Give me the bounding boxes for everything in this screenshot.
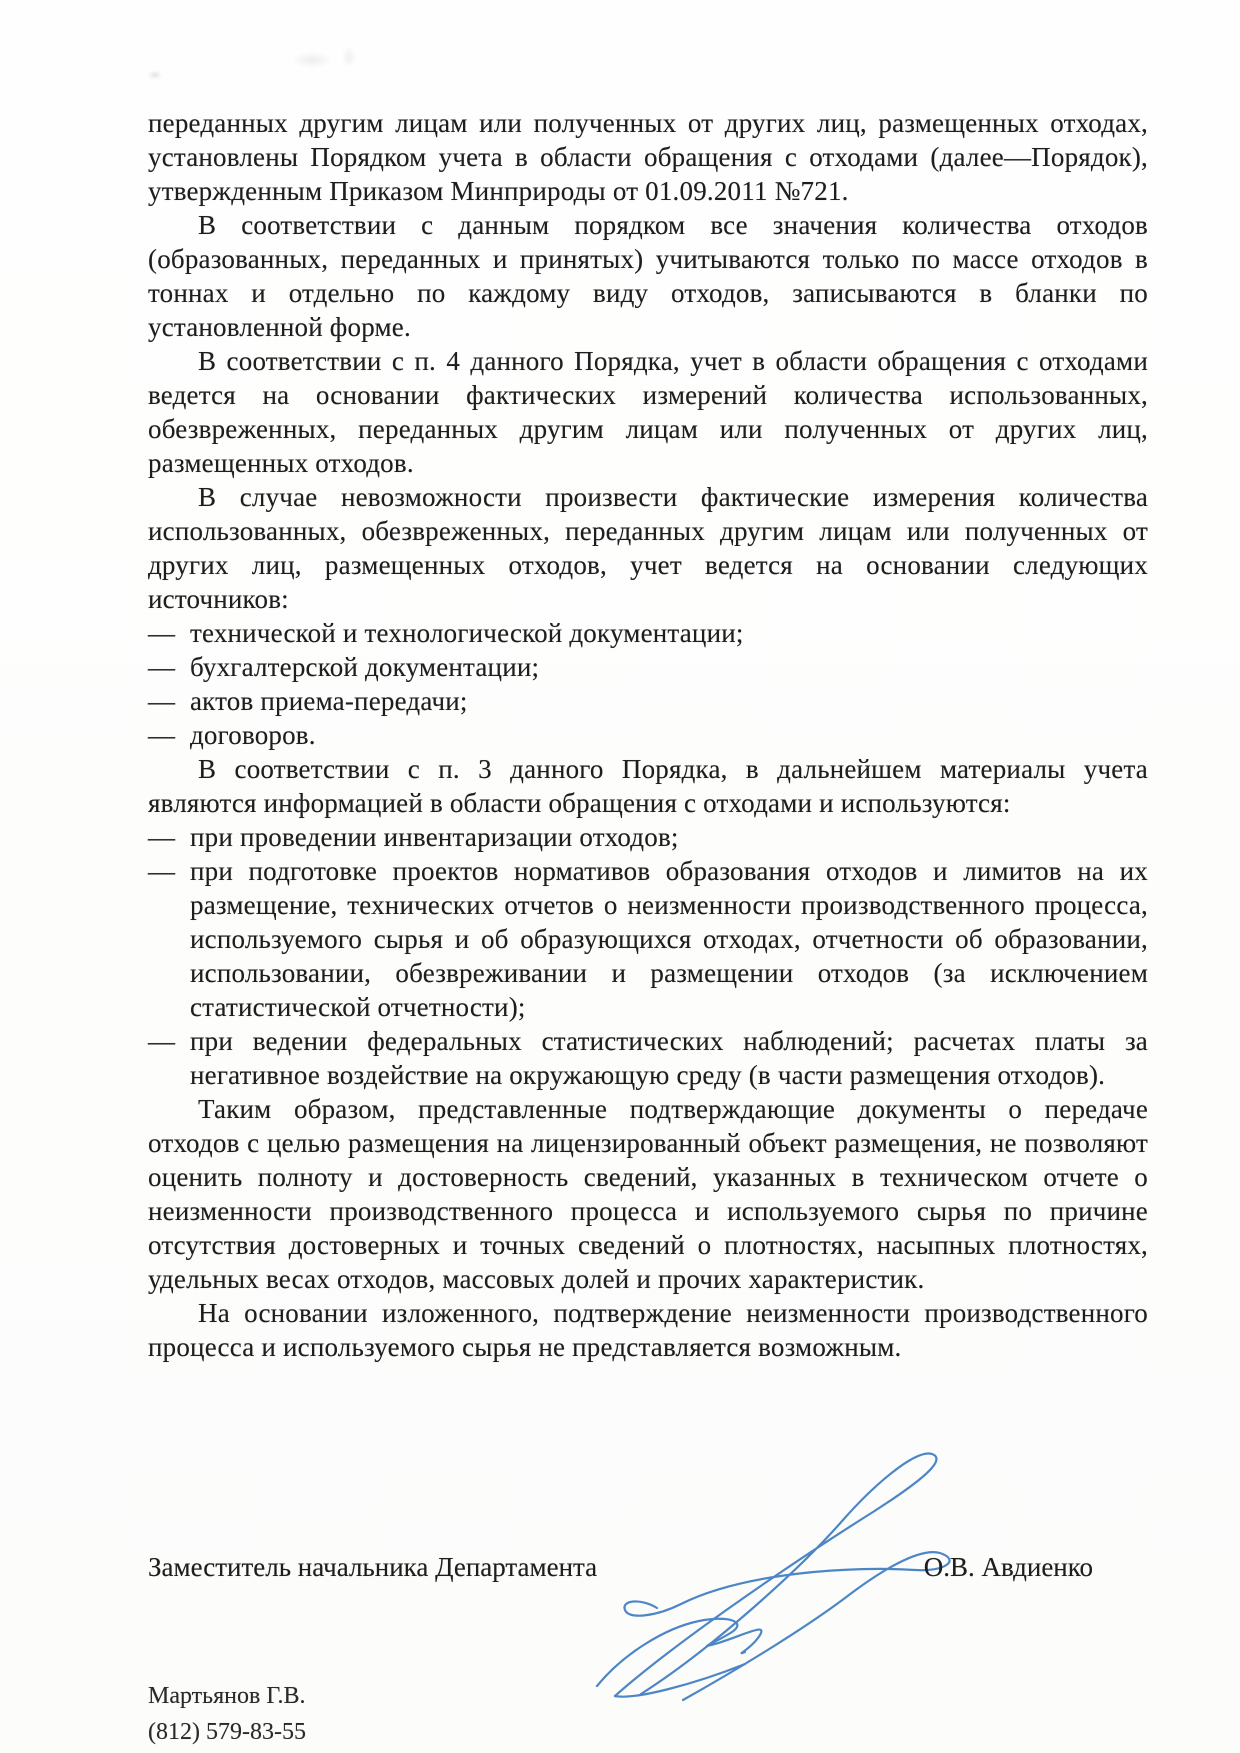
paragraph: переданных другим лицам или полученных о… bbox=[148, 106, 1148, 208]
list-item: —бухгалтерской документации; bbox=[148, 650, 1148, 684]
list-item-text: при проведении инвентаризации отходов; bbox=[190, 820, 1148, 854]
list-item-text: при подготовке проектов нормативов образ… bbox=[190, 854, 1148, 1024]
paragraph: В соответствии с данным порядком все зна… bbox=[148, 208, 1148, 344]
list-item: —при проведении инвентаризации отходов; bbox=[148, 820, 1148, 854]
list-item-text: договоров. bbox=[190, 718, 1148, 752]
contact-phone: (812) 579-83-55 bbox=[148, 1714, 306, 1750]
list-item: —при ведении федеральных статистических … bbox=[148, 1024, 1148, 1092]
scanned-page: переданных другим лицам или полученных о… bbox=[0, 0, 1240, 1753]
list-item-text: при ведении федеральных статистических н… bbox=[190, 1024, 1148, 1092]
paragraph: В соответствии с п. 3 данного Порядка, в… bbox=[148, 752, 1148, 820]
list-dash-marker: — bbox=[148, 718, 190, 752]
list-item: —актов приема-передачи; bbox=[148, 684, 1148, 718]
contact-footer: Мартьянов Г.В. (812) 579-83-55 bbox=[148, 1678, 306, 1750]
signature-row: Заместитель начальника Департамента О.В.… bbox=[148, 1552, 1148, 1583]
list-item-text: бухгалтерской документации; bbox=[190, 650, 1148, 684]
list-item: —технической и технологической документа… bbox=[148, 616, 1148, 650]
paragraph: В случае невозможности произвести фактич… bbox=[148, 480, 1148, 616]
contact-name: Мартьянов Г.В. bbox=[148, 1678, 306, 1714]
list-dash-marker: — bbox=[148, 820, 190, 854]
signer-name: О.В. Авдиенко bbox=[924, 1552, 1148, 1583]
list-dash-marker: — bbox=[148, 684, 190, 718]
list-item-text: актов приема-передачи; bbox=[190, 684, 1148, 718]
list-item-text: технической и технологической документац… bbox=[190, 616, 1148, 650]
paragraph: На основании изложенного, подтверждение … bbox=[148, 1296, 1148, 1364]
list-dash-marker: — bbox=[148, 616, 190, 650]
handwritten-signature bbox=[575, 1448, 995, 1748]
document-body: переданных другим лицам или полученных о… bbox=[148, 106, 1148, 1364]
list-item: —договоров. bbox=[148, 718, 1148, 752]
scan-smudge bbox=[148, 70, 162, 80]
list-dash-marker: — bbox=[148, 854, 190, 888]
list-item: —при подготовке проектов нормативов обра… bbox=[148, 854, 1148, 1024]
list-dash-marker: — bbox=[148, 650, 190, 684]
paragraph: В соответствии с п. 4 данного Порядка, у… bbox=[148, 344, 1148, 480]
scan-smudge bbox=[342, 46, 356, 68]
paragraph: Таким образом, представленные подтвержда… bbox=[148, 1092, 1148, 1296]
scan-smudge bbox=[292, 52, 332, 68]
signer-title: Заместитель начальника Департамента bbox=[148, 1552, 597, 1583]
list-dash-marker: — bbox=[148, 1024, 190, 1058]
